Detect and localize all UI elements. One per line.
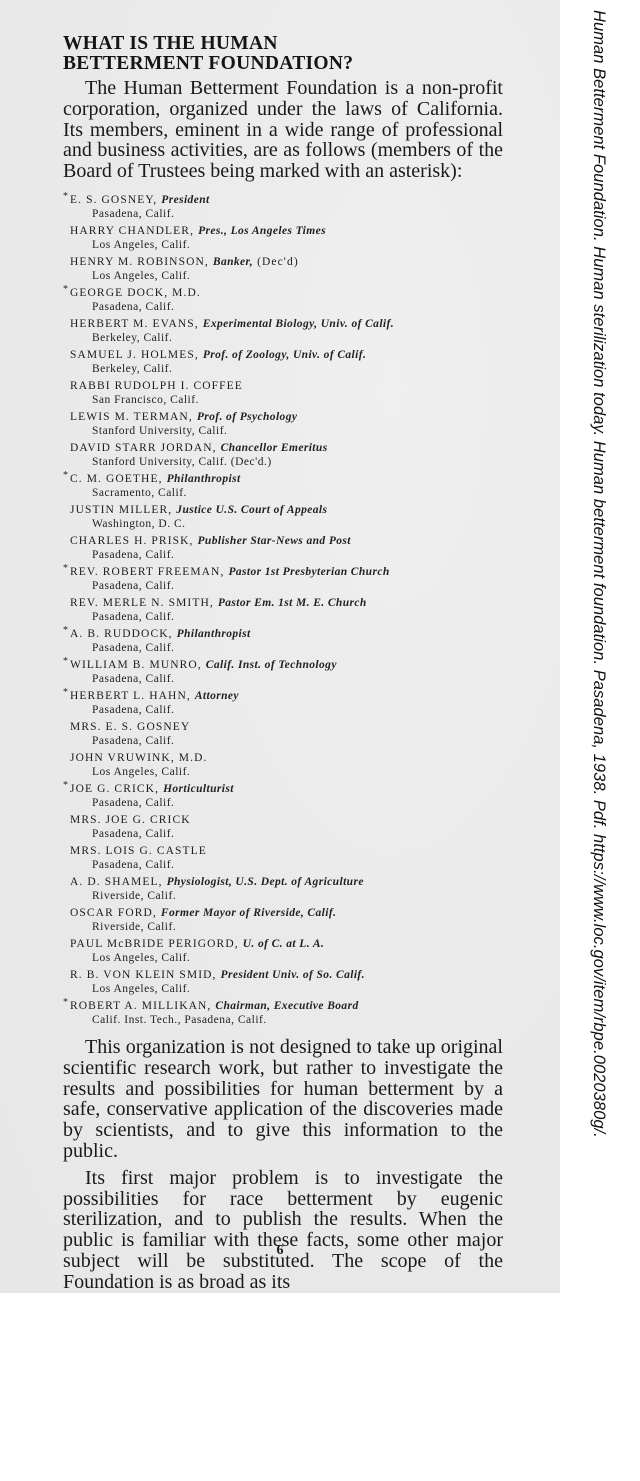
member-location: Los Angeles, Calif. (70, 766, 503, 779)
member-title: Justice U.S. Court of Appeals (176, 504, 327, 516)
member-location: Pasadena, Calif. (70, 642, 503, 655)
member-location: Pasadena, Calif. (70, 673, 503, 686)
member-entry: *WILLIAM B. MUNRO, Calif. Inst. of Techn… (63, 655, 503, 686)
member-name: RABBI RUDOLPH I. COFFEE (70, 380, 243, 392)
member-location: Sacramento, Calif. (70, 487, 503, 500)
member-entry: MRS. JOE G. CRICK Pasadena, Calif. (63, 810, 503, 841)
member-title: Chairman, Executive Board (215, 1000, 358, 1012)
member-list: *E. S. GOSNEY, PresidentPasadena, Calif.… (63, 190, 503, 1027)
member-location: Calif. Inst. Tech., Pasadena, Calif. (70, 1014, 503, 1027)
first-problem-paragraph: Its first major problem is to investigat… (63, 1168, 503, 1293)
member-title: Philanthropist (167, 473, 241, 485)
member-entry: JUSTIN MILLER, Justice U.S. Court of App… (63, 500, 503, 531)
member-entry: JOHN VRUWINK, M.D. Los Angeles, Calif. (63, 748, 503, 779)
member-location: Stanford University, Calif. (Dec'd.) (70, 456, 503, 469)
member-entry: PAUL McBRIDE PERIGORD, U. of C. at L. A.… (63, 934, 503, 965)
member-name: E. S. GOSNEY, (70, 194, 157, 206)
member-location: Los Angeles, Calif. (70, 270, 503, 283)
trustee-asterisk: * (63, 686, 68, 699)
member-note: (Dec'd) (257, 256, 299, 268)
member-location: Stanford University, Calif. (70, 425, 503, 438)
member-location: Riverside, Calif. (70, 921, 503, 934)
member-name: DAVID STARR JORDAN, (70, 442, 217, 454)
member-entry: *A. B. RUDDOCK, PhilanthropistPasadena, … (63, 624, 503, 655)
member-name: HENRY M. ROBINSON, (70, 256, 209, 268)
member-title: Pastor 1st Presbyterian Church (228, 566, 389, 578)
member-location: Pasadena, Calif. (70, 828, 503, 841)
member-name: A. B. RUDDOCK, (70, 628, 173, 640)
trustee-asterisk: * (63, 469, 68, 482)
member-title: Publisher Star-News and Post (198, 535, 351, 547)
member-name: JOHN VRUWINK, M.D. (70, 752, 207, 764)
member-title: Former Mayor of Riverside, Calif. (161, 907, 336, 919)
member-location: Pasadena, Calif. (70, 797, 503, 810)
member-title: Banker, (213, 256, 253, 268)
member-title: Attorney (195, 690, 239, 702)
trustee-asterisk: * (63, 283, 68, 296)
member-name: HARRY CHANDLER, (70, 225, 194, 237)
member-title: Philanthropist (177, 628, 251, 640)
trustee-asterisk: * (63, 655, 68, 668)
member-entry: MRS. E. S. GOSNEY Pasadena, Calif. (63, 717, 503, 748)
member-name: REV. ROBERT FREEMAN, (70, 566, 224, 578)
member-entry: HENRY M. ROBINSON, Banker, (Dec'd)Los An… (63, 252, 503, 283)
member-entry: RABBI RUDOLPH I. COFFEE San Francisco, C… (63, 376, 503, 407)
member-name: JUSTIN MILLER, (70, 504, 172, 516)
trustee-asterisk: * (63, 190, 68, 203)
member-title: U. of C. at L. A. (243, 938, 324, 950)
heading-line-2: BETTERMENT FOUNDATION? (63, 54, 503, 74)
member-entry: HARRY CHANDLER, Pres., Los Angeles Times… (63, 221, 503, 252)
member-entry: R. B. VON KLEIN SMID, President Univ. of… (63, 965, 503, 996)
member-title: Prof. of Psychology (197, 411, 298, 423)
source-caption: Human Betterment Foundation. Human steri… (589, 10, 609, 1138)
member-name: WILLIAM B. MUNRO, (70, 659, 202, 671)
member-location: Los Angeles, Calif. (70, 239, 503, 252)
member-location: Pasadena, Calif. (70, 549, 503, 562)
member-entry: HERBERT M. EVANS, Experimental Biology, … (63, 314, 503, 345)
member-title: Experimental Biology, Univ. of Calif. (203, 318, 394, 330)
member-name: LEWIS M. TERMAN, (70, 411, 193, 423)
member-entry: *HERBERT L. HAHN, AttorneyPasadena, Cali… (63, 686, 503, 717)
member-entry: *E. S. GOSNEY, PresidentPasadena, Calif. (63, 190, 503, 221)
trustee-asterisk: * (63, 996, 68, 1009)
member-title: Calif. Inst. of Technology (206, 659, 337, 671)
member-entry: LEWIS M. TERMAN, Prof. of PsychologyStan… (63, 407, 503, 438)
member-entry: *REV. ROBERT FREEMAN, Pastor 1st Presbyt… (63, 562, 503, 593)
member-title: Prof. of Zoology, Univ. of Calif. (203, 349, 366, 361)
member-location: Los Angeles, Calif. (70, 983, 503, 996)
member-entry: SAMUEL J. HOLMES, Prof. of Zoology, Univ… (63, 345, 503, 376)
member-name: MRS. E. S. GOSNEY (70, 721, 190, 733)
member-title: Horticulturist (163, 783, 234, 795)
member-name: R. B. VON KLEIN SMID, (70, 969, 217, 981)
member-entry: DAVID STARR JORDAN, Chancellor EmeritusS… (63, 438, 503, 469)
member-name: OSCAR FORD, (70, 907, 157, 919)
member-entry: MRS. LOIS G. CASTLE Pasadena, Calif. (63, 841, 503, 872)
member-entry: OSCAR FORD, Former Mayor of Riverside, C… (63, 903, 503, 934)
member-name: SAMUEL J. HOLMES, (70, 349, 199, 361)
intro-paragraph: The Human Betterment Foundation is a non… (63, 78, 503, 182)
trustee-asterisk: * (63, 624, 68, 637)
member-name: PAUL McBRIDE PERIGORD, (70, 938, 239, 950)
member-location: Pasadena, Calif. (70, 301, 503, 314)
member-name: A. D. SHAMEL, (70, 876, 163, 888)
page-number: 6 (0, 1243, 560, 1259)
member-name: HERBERT L. HAHN, (70, 690, 191, 702)
member-title: Chancellor Emeritus (221, 442, 328, 454)
member-location: Pasadena, Calif. (70, 704, 503, 717)
member-location: Berkeley, Calif. (70, 332, 503, 345)
member-title: President (161, 194, 209, 206)
member-location: Pasadena, Calif. (70, 859, 503, 872)
member-location: Berkeley, Calif. (70, 363, 503, 376)
page-content: WHAT IS THE HUMAN BETTERMENT FOUNDATION?… (63, 34, 503, 1293)
trustee-asterisk: * (63, 562, 68, 575)
member-location: Washington, D. C. (70, 518, 503, 531)
member-location: San Francisco, Calif. (70, 394, 503, 407)
member-location: Los Angeles, Calif. (70, 952, 503, 965)
member-name: JOE G. CRICK, (70, 783, 159, 795)
member-name: C. M. GOETHE, (70, 473, 163, 485)
member-entry: CHARLES H. PRISK, Publisher Star-News an… (63, 531, 503, 562)
member-location: Pasadena, Calif. (70, 208, 503, 221)
member-name: GEORGE DOCK, M.D. (70, 287, 201, 299)
member-title: Physiologist, U.S. Dept. of Agriculture (167, 876, 364, 888)
purpose-paragraph: This organization is not designed to tak… (63, 1037, 503, 1162)
heading-line-1: WHAT IS THE HUMAN (63, 34, 503, 54)
member-entry: *ROBERT A. MILLIKAN, Chairman, Executive… (63, 996, 503, 1027)
member-name: HERBERT M. EVANS, (70, 318, 199, 330)
member-location: Pasadena, Calif. (70, 580, 503, 593)
page-heading: WHAT IS THE HUMAN BETTERMENT FOUNDATION? (63, 34, 503, 74)
member-location: Pasadena, Calif. (70, 735, 503, 748)
member-entry: A. D. SHAMEL, Physiologist, U.S. Dept. o… (63, 872, 503, 903)
member-name: MRS. LOIS G. CASTLE (70, 845, 207, 857)
member-title: Pres., Los Angeles Times (198, 225, 326, 237)
member-location: Pasadena, Calif. (70, 611, 503, 624)
scanned-page: WHAT IS THE HUMAN BETTERMENT FOUNDATION?… (0, 0, 560, 1293)
member-entry: *GEORGE DOCK, M.D. Pasadena, Calif. (63, 283, 503, 314)
trustee-asterisk: * (63, 779, 68, 792)
member-entry: REV. MERLE N. SMITH, Pastor Em. 1st M. E… (63, 593, 503, 624)
member-title: President Univ. of So. Calif. (221, 969, 365, 981)
member-name: CHARLES H. PRISK, (70, 535, 194, 547)
member-name: ROBERT A. MILLIKAN, (70, 1000, 211, 1012)
member-name: REV. MERLE N. SMITH, (70, 597, 214, 609)
member-name: MRS. JOE G. CRICK (70, 814, 191, 826)
member-entry: *JOE G. CRICK, HorticulturistPasadena, C… (63, 779, 503, 810)
member-location: Riverside, Calif. (70, 890, 503, 903)
member-entry: *C. M. GOETHE, PhilanthropistSacramento,… (63, 469, 503, 500)
member-title: Pastor Em. 1st M. E. Church (218, 597, 367, 609)
